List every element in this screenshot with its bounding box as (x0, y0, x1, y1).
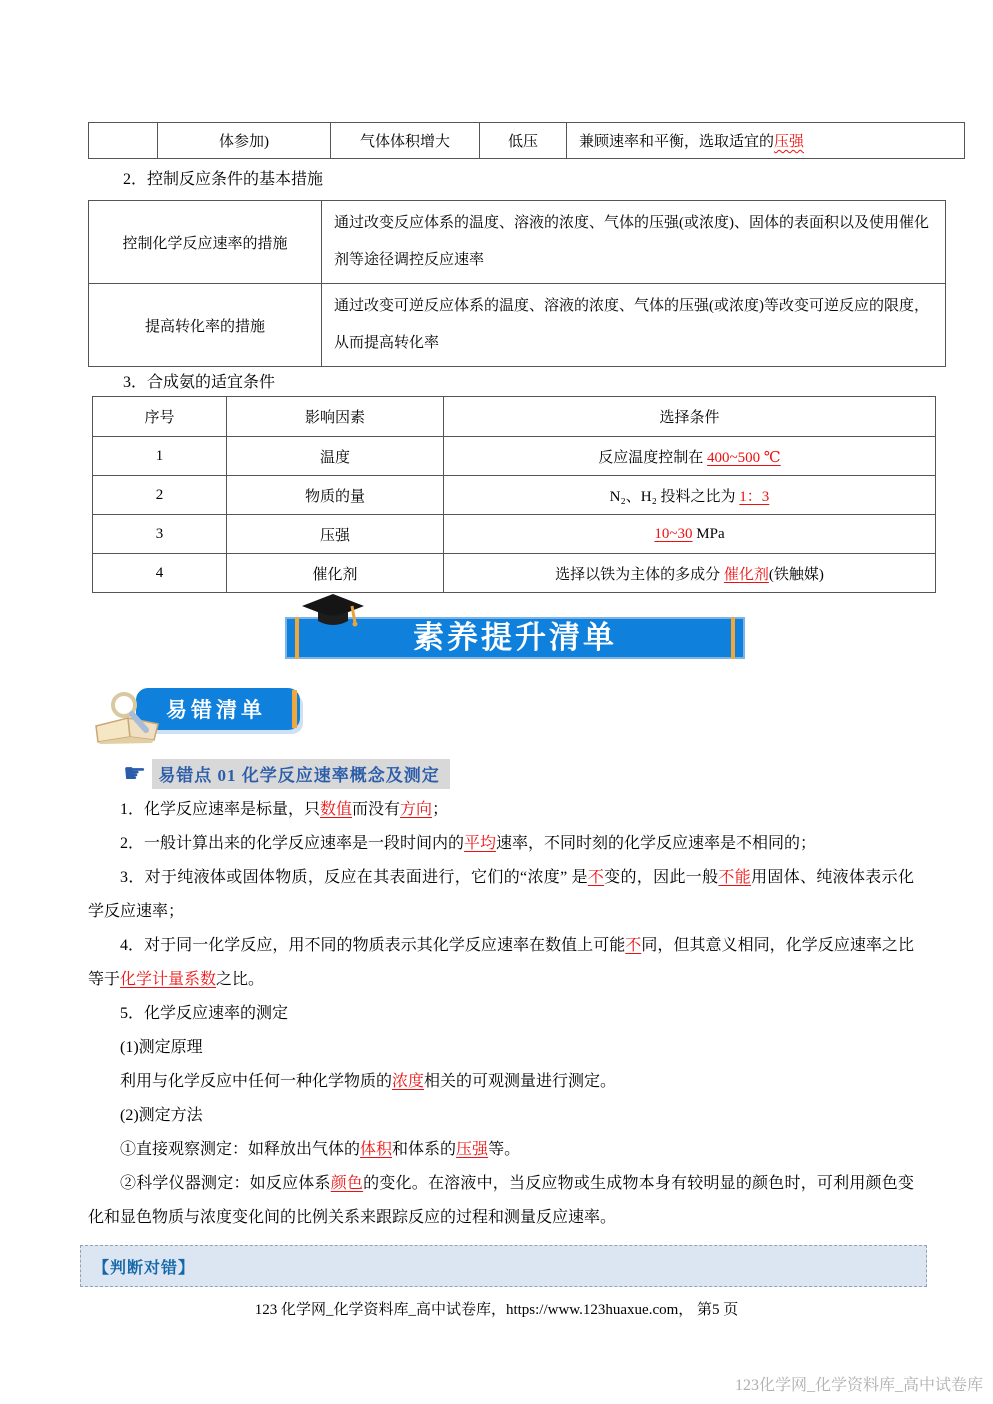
book-magnifier-icon (88, 690, 173, 749)
ammonia-conditions-table: 序号 影响因素 选择条件 1 温度 反应温度控制在 400~500 ℃ 2 物质… (92, 396, 936, 593)
table-row: 控制化学反应速率的措施 通过改变反应体系的温度、溶液的浓度、气体的压强(或浓度)… (89, 201, 946, 284)
column-header: 序号 (93, 397, 227, 437)
table-cell: 气体体积增大 (331, 123, 480, 159)
table-cell: 通过改变反应体系的温度、溶液的浓度、气体的压强(或浓度)、固体的表面积以及使用催… (322, 201, 946, 284)
table-cell: N₂、H₂ 投料之比为 1：3 (444, 476, 936, 515)
paragraph: 5．化学反应速率的测定 (88, 997, 914, 1031)
error-point-heading-row: ☛ 易错点 01 化学反应速率概念及测定 (123, 759, 450, 789)
table-cell: 10~30 MPa (444, 515, 936, 554)
page-footer: 123 化学网_化学资料库_高中试卷库，https://www.123huaxu… (0, 1298, 993, 1319)
paragraph: (2)测定方法 (88, 1099, 914, 1133)
table-cell: 提高转化率的措施 (89, 284, 322, 367)
table-row: 1 温度 反应温度控制在 400~500 ℃ (93, 437, 936, 476)
table-cell: 低压 (480, 123, 567, 159)
table-cell: 物质的量 (227, 476, 444, 515)
table-cell: 压强 (227, 515, 444, 554)
graduation-cap-icon (300, 593, 368, 636)
paragraph: 4．对于同一化学反应，用不同的物质表示其化学反应速率在数值上可能不同，但其意义相… (88, 929, 914, 997)
table-cell: 催化剂 (227, 554, 444, 593)
paragraph: (1)测定原理 (88, 1031, 914, 1065)
column-header: 影响因素 (227, 397, 444, 437)
table-row: 体参加) 气体体积增大 低压 兼顾速率和平衡，选取适宜的压强 (89, 123, 965, 159)
table-row: 3 压强 10~30 MPa (93, 515, 936, 554)
banner-stripe-left (295, 617, 299, 659)
measures-table: 控制化学反应速率的措施 通过改变反应体系的温度、溶液的浓度、气体的压强(或浓度)… (88, 200, 946, 367)
body-text: 1．化学反应速率是标量，只数值而没有方向； 2．一般计算出来的化学反应速率是一段… (88, 793, 914, 1235)
table-row: 2 物质的量 N₂、H₂ 投料之比为 1：3 (93, 476, 936, 515)
table-cell: 通过改变可逆反应体系的温度、溶液的浓度、气体的压强(或浓度)等改变可逆反应的限度… (322, 284, 946, 367)
table-header-row: 序号 影响因素 选择条件 (93, 397, 936, 437)
banner-stripe-right (731, 617, 735, 659)
table-cell: 选择以铁为主体的多成分 催化剂(铁触媒) (444, 554, 936, 593)
watermark: 123化学网_化学资料库_高中试卷库 (735, 1372, 983, 1395)
paragraph: 1．化学反应速率是标量，只数值而没有方向； (88, 793, 914, 827)
judge-section-box: 【判断对错】 (80, 1245, 927, 1287)
pressure-continuation-table: 体参加) 气体体积增大 低压 兼顾速率和平衡，选取适宜的压强 (88, 122, 965, 159)
heading-ammonia-conditions: 3．合成氨的适宜条件 (123, 369, 275, 392)
badge-stripe (292, 690, 297, 728)
table-cell: 3 (93, 515, 227, 554)
error-list-badge-label: 易错清单 (166, 694, 266, 724)
table-cell: 体参加) (158, 123, 331, 159)
table-cell: 4 (93, 554, 227, 593)
paragraph: 2．一般计算出来的化学反应速率是一段时间内的平均速率，不同时刻的化学反应速率是不… (88, 827, 914, 861)
paragraph: 3．对于纯液体或固体物质，反应在其表面进行，它们的“浓度” 是不变的，因此一般不… (88, 861, 914, 929)
table-cell: 1 (93, 437, 227, 476)
document-page: 体参加) 气体体积增大 低压 兼顾速率和平衡，选取适宜的压强 2．控制反应条件的… (0, 0, 993, 1404)
table-cell: 温度 (227, 437, 444, 476)
judge-section-label: 【判断对错】 (93, 1255, 195, 1278)
table-row: 提高转化率的措施 通过改变可逆反应体系的温度、溶液的浓度、气体的压强(或浓度)等… (89, 284, 946, 367)
table-cell: 控制化学反应速率的措施 (89, 201, 322, 284)
error-point-heading: 易错点 01 化学反应速率概念及测定 (152, 759, 450, 789)
paragraph: 利用与化学反应中任何一种化学物质的浓度相关的可观测量进行测定。 (88, 1065, 914, 1099)
heading-control-measures: 2．控制反应条件的基本措施 (123, 166, 323, 189)
paragraph: ②科学仪器测定：如反应体系颜色的变化。在溶液中，当反应物或生成物本身有较明显的颜… (88, 1167, 914, 1235)
table-cell: 2 (93, 476, 227, 515)
column-header: 选择条件 (444, 397, 936, 437)
table-cell: 反应温度控制在 400~500 ℃ (444, 437, 936, 476)
table-cell (89, 123, 158, 159)
table-cell: 兼顾速率和平衡，选取适宜的压强 (567, 123, 965, 159)
table-row: 4 催化剂 选择以铁为主体的多成分 催化剂(铁触媒) (93, 554, 936, 593)
pointing-hand-icon: ☛ (123, 761, 146, 787)
paragraph: ①直接观察测定：如释放出气体的体积和体系的压强等。 (88, 1133, 914, 1167)
section-banner: 素养提升清单 (285, 617, 745, 659)
